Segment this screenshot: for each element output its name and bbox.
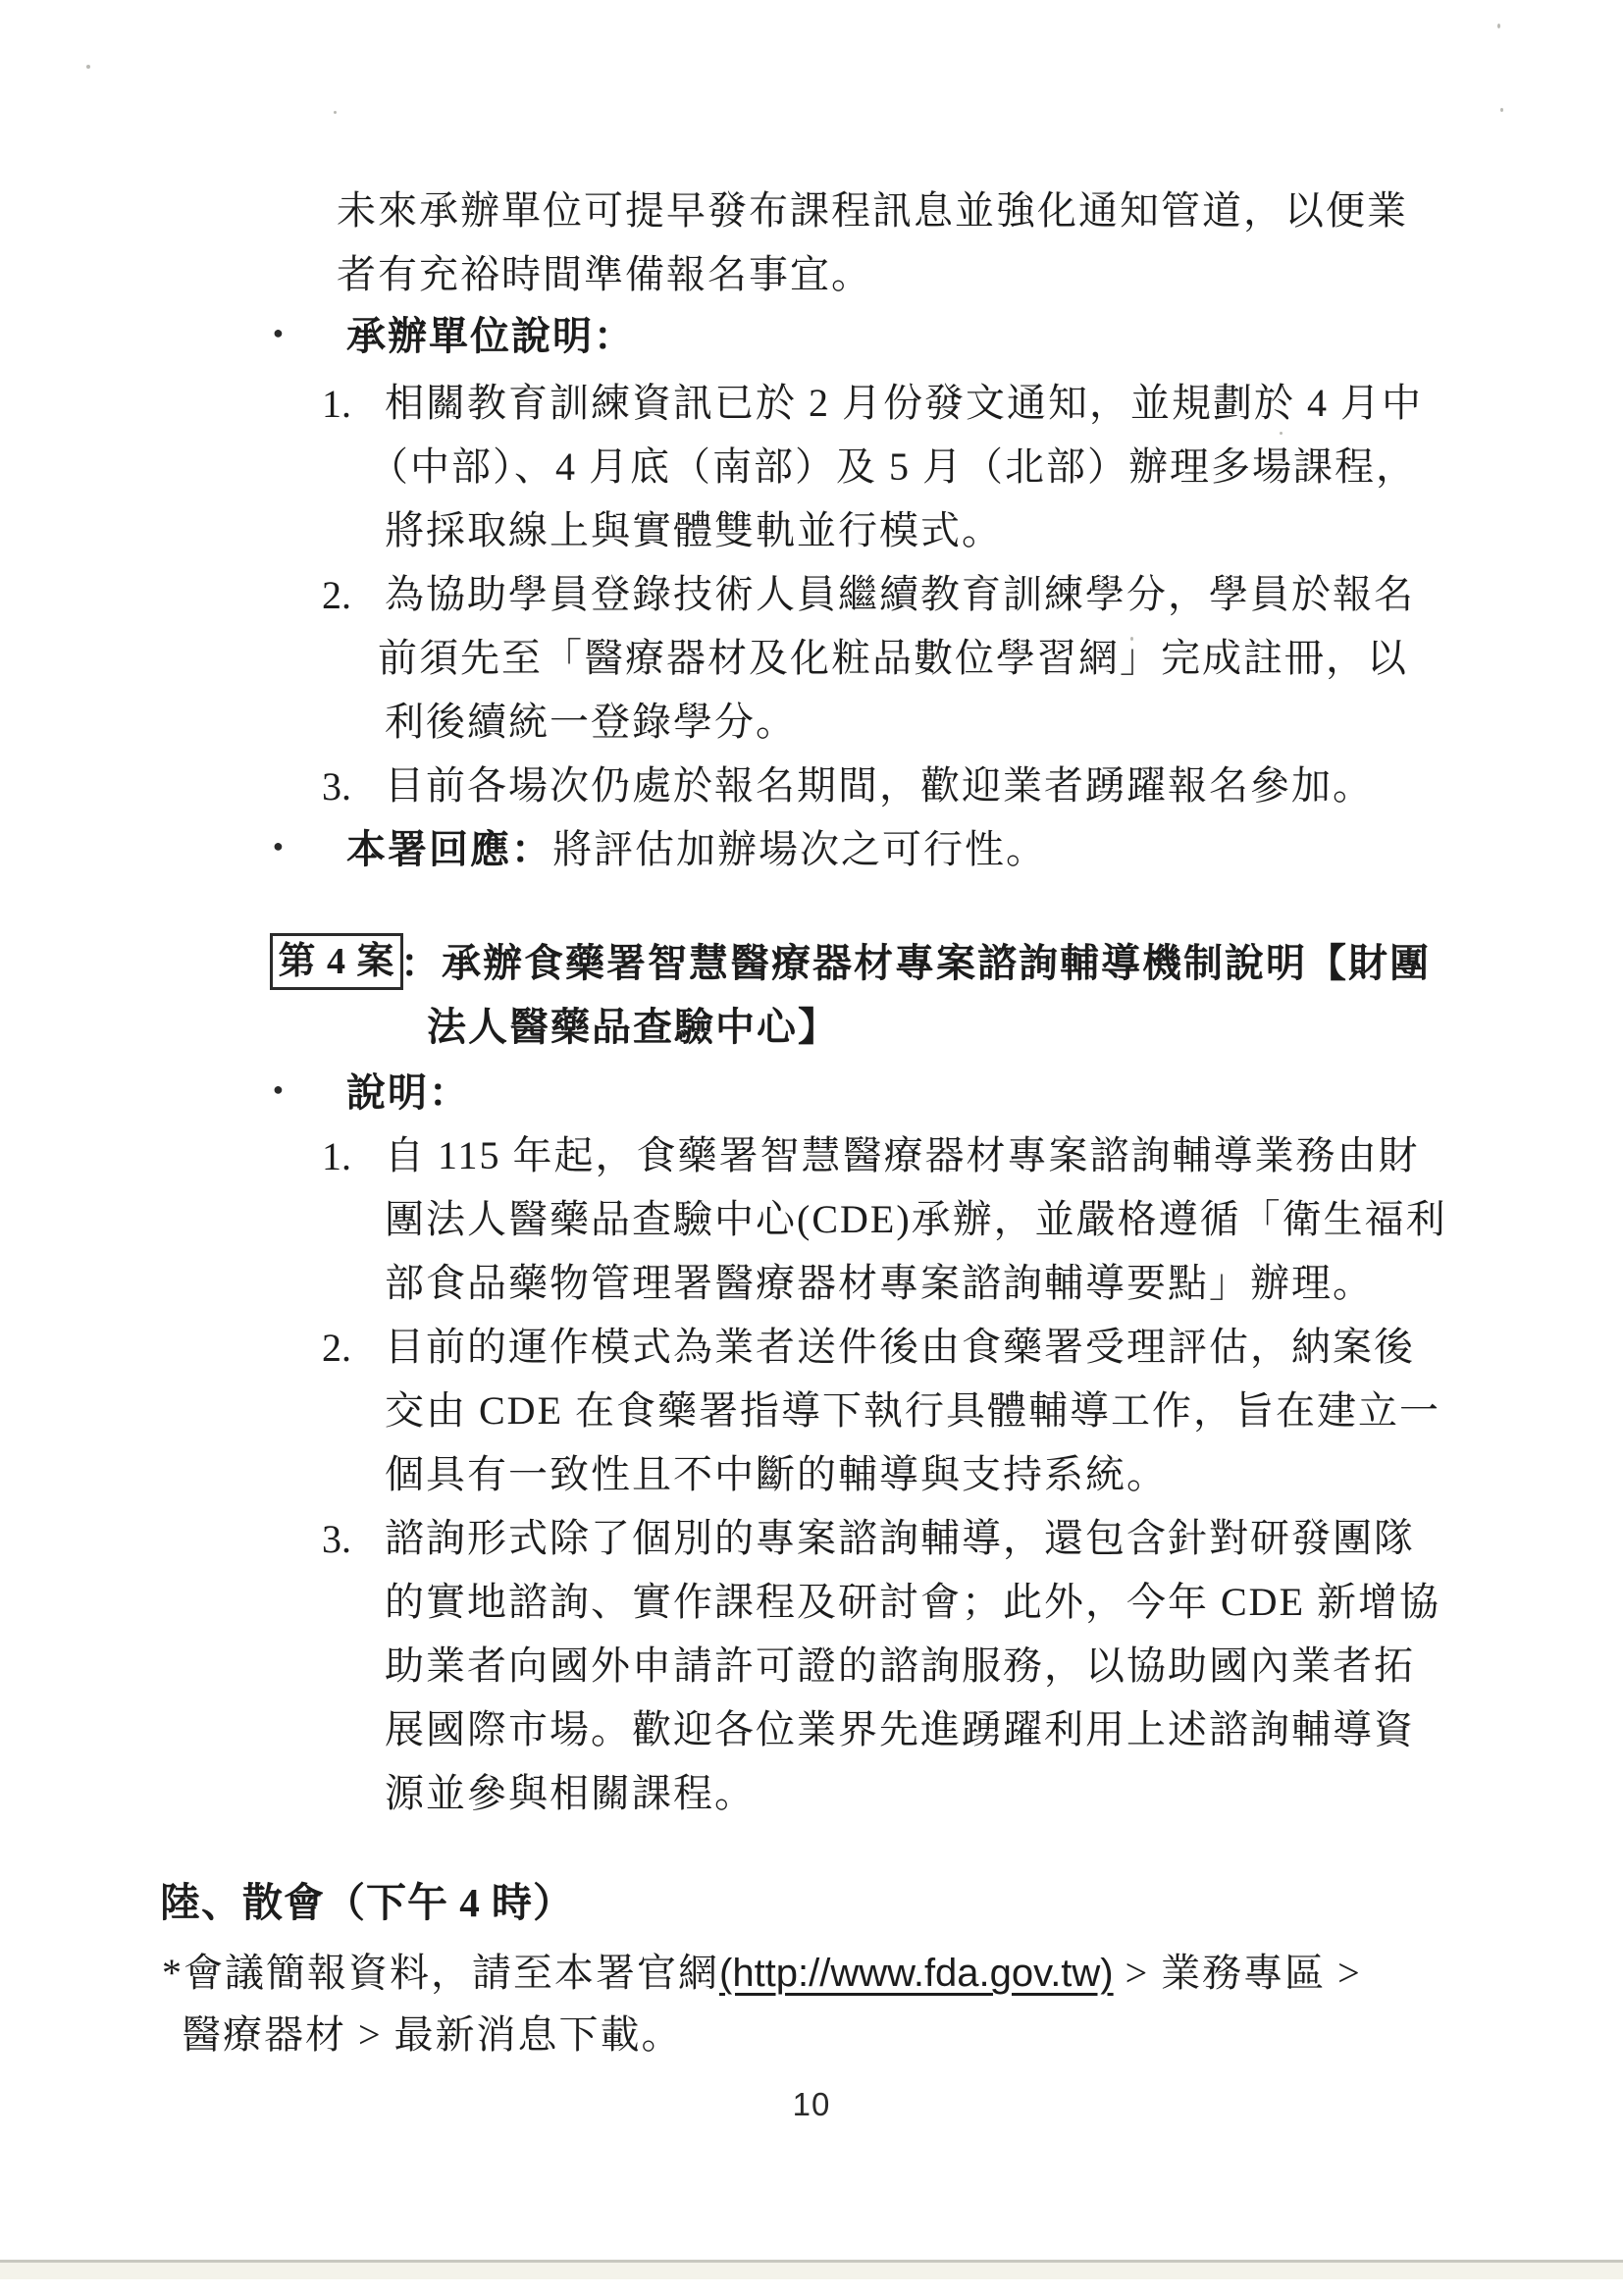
case4-item2-line2: 交由 CDE 在食藥署指導下執行具體輔導工作，旨在建立一 bbox=[385, 1388, 1440, 1434]
list-number: 1. bbox=[322, 381, 351, 427]
scan-speck bbox=[1130, 637, 1133, 641]
case4-item2-line1: 目前的運作模式為業者送件後由食藥署受理評估，納案後 bbox=[385, 1325, 1415, 1370]
case4-item1-line3: 部食品藥物管理署醫療器材專案諮詢輔導要點」辦理。 bbox=[385, 1261, 1374, 1306]
scan-speck bbox=[1497, 24, 1500, 28]
case4-item3-line4: 展國際市場。歡迎各位業界先進踴躍利用上述諮詢輔導資 bbox=[385, 1707, 1415, 1752]
case3-item1-line1: 相關教育訓練資訊已於 2 月份發文通知，並規劃於 4 月中 bbox=[385, 381, 1423, 426]
fda-website-url: (http://www.fda.gov.tw) bbox=[719, 1952, 1114, 1995]
case4-item3-line5: 源並參與相關課程。 bbox=[385, 1771, 756, 1816]
scan-speck bbox=[86, 65, 90, 69]
scanned-document-page: { "meta": { "page_number": "10" }, "mark… bbox=[0, 0, 1623, 2296]
case3-item2-line2: 前須先至「醫療器材及化粧品數位學習網」完成註冊，以 bbox=[378, 636, 1408, 681]
list-number: 2. bbox=[322, 572, 351, 618]
case4-item3-line3: 助業者向國外申請許可證的諮詢服務，以協助國內業者拓 bbox=[385, 1644, 1415, 1689]
response-label: 本署回應： bbox=[346, 827, 552, 871]
case4-item1-line1: 自 115 年起，食藥署智慧醫療器材專案諮詢輔導業務由財 bbox=[385, 1133, 1420, 1178]
scan-speck bbox=[1500, 108, 1503, 112]
intro-line-1: 未來承辦單位可提早發布課程訊息並強化通知管道，以便業 bbox=[337, 188, 1408, 234]
case4-item1-line2: 團法人醫藥品查驗中心(CDE)承辦，並嚴格遵循「衛生福利 bbox=[385, 1197, 1447, 1242]
list-number: 3. bbox=[322, 1516, 351, 1562]
case-number-box: 第 4 案 bbox=[270, 933, 403, 990]
page-number: 10 bbox=[0, 2086, 1623, 2123]
response-text: 將評估加辦場次之可行性。 bbox=[552, 827, 1047, 871]
case4-item2-line3: 個具有一致性且不中斷的輔導與支持系統。 bbox=[385, 1452, 1168, 1497]
case3-item1-line3: 將採取線上與實體雙軌並行模式。 bbox=[385, 508, 1003, 553]
case4-item3-line1: 諮詢形式除了個別的專案諮詢輔導，還包含針對研發團隊 bbox=[385, 1516, 1415, 1561]
case3-item1-line2: （中部）、4 月底（南部）及 5 月（北部）辦理多場課程， bbox=[369, 444, 1417, 490]
case4-item3-line2: 的實地諮詢、實作課程及研討會；此外，今年 CDE 新增協 bbox=[385, 1580, 1440, 1625]
scan-speck bbox=[1280, 432, 1283, 435]
case3-item2-line3: 利後續統一登錄學分。 bbox=[385, 700, 797, 745]
footnote-suffix: > 業務專區 > bbox=[1114, 1951, 1362, 1995]
list-number: 2. bbox=[322, 1325, 351, 1371]
footnote-prefix: *會議簡報資料，請至本署官網 bbox=[162, 1951, 719, 1995]
list-number: 3. bbox=[322, 763, 351, 809]
scan-speck bbox=[334, 111, 337, 114]
case4-title-line2: 法人醫藥品查驗中心】 bbox=[427, 1005, 839, 1050]
adjournment-heading: 陸、散會（下午 4 時） bbox=[160, 1880, 574, 1926]
explanation-heading: 說明： bbox=[346, 1070, 470, 1116]
bullet-icon: ● bbox=[273, 1079, 284, 1100]
agency-response-line: 本署回應：將評估加辦場次之可行性。 bbox=[346, 827, 1047, 872]
footnote-line-1: *會議簡報資料，請至本署官網(http://www.fda.gov.tw) > … bbox=[162, 1951, 1362, 1996]
case4-title-line1: ：承辦食藥署智慧醫療器材專案諮詢輔導機制說明【財團 bbox=[400, 941, 1431, 986]
footnote-line-2: 醫療器材 > 最新消息下載。 bbox=[182, 2012, 683, 2058]
scan-bottom-band bbox=[0, 2263, 1623, 2279]
bullet-icon: ● bbox=[273, 836, 284, 857]
intro-line-2: 者有充裕時間準備報名事宜。 bbox=[337, 252, 872, 297]
case3-item2-line1: 為協助學員登錄技術人員繼續教育訓練學分，學員於報名 bbox=[385, 572, 1415, 617]
case3-item3-line1: 目前各場次仍處於報名期間，歡迎業者踴躍報名參加。 bbox=[385, 763, 1374, 809]
list-number: 1. bbox=[322, 1133, 351, 1179]
organizer-heading: 承辦單位說明： bbox=[346, 314, 635, 359]
bullet-icon: ● bbox=[273, 323, 284, 343]
